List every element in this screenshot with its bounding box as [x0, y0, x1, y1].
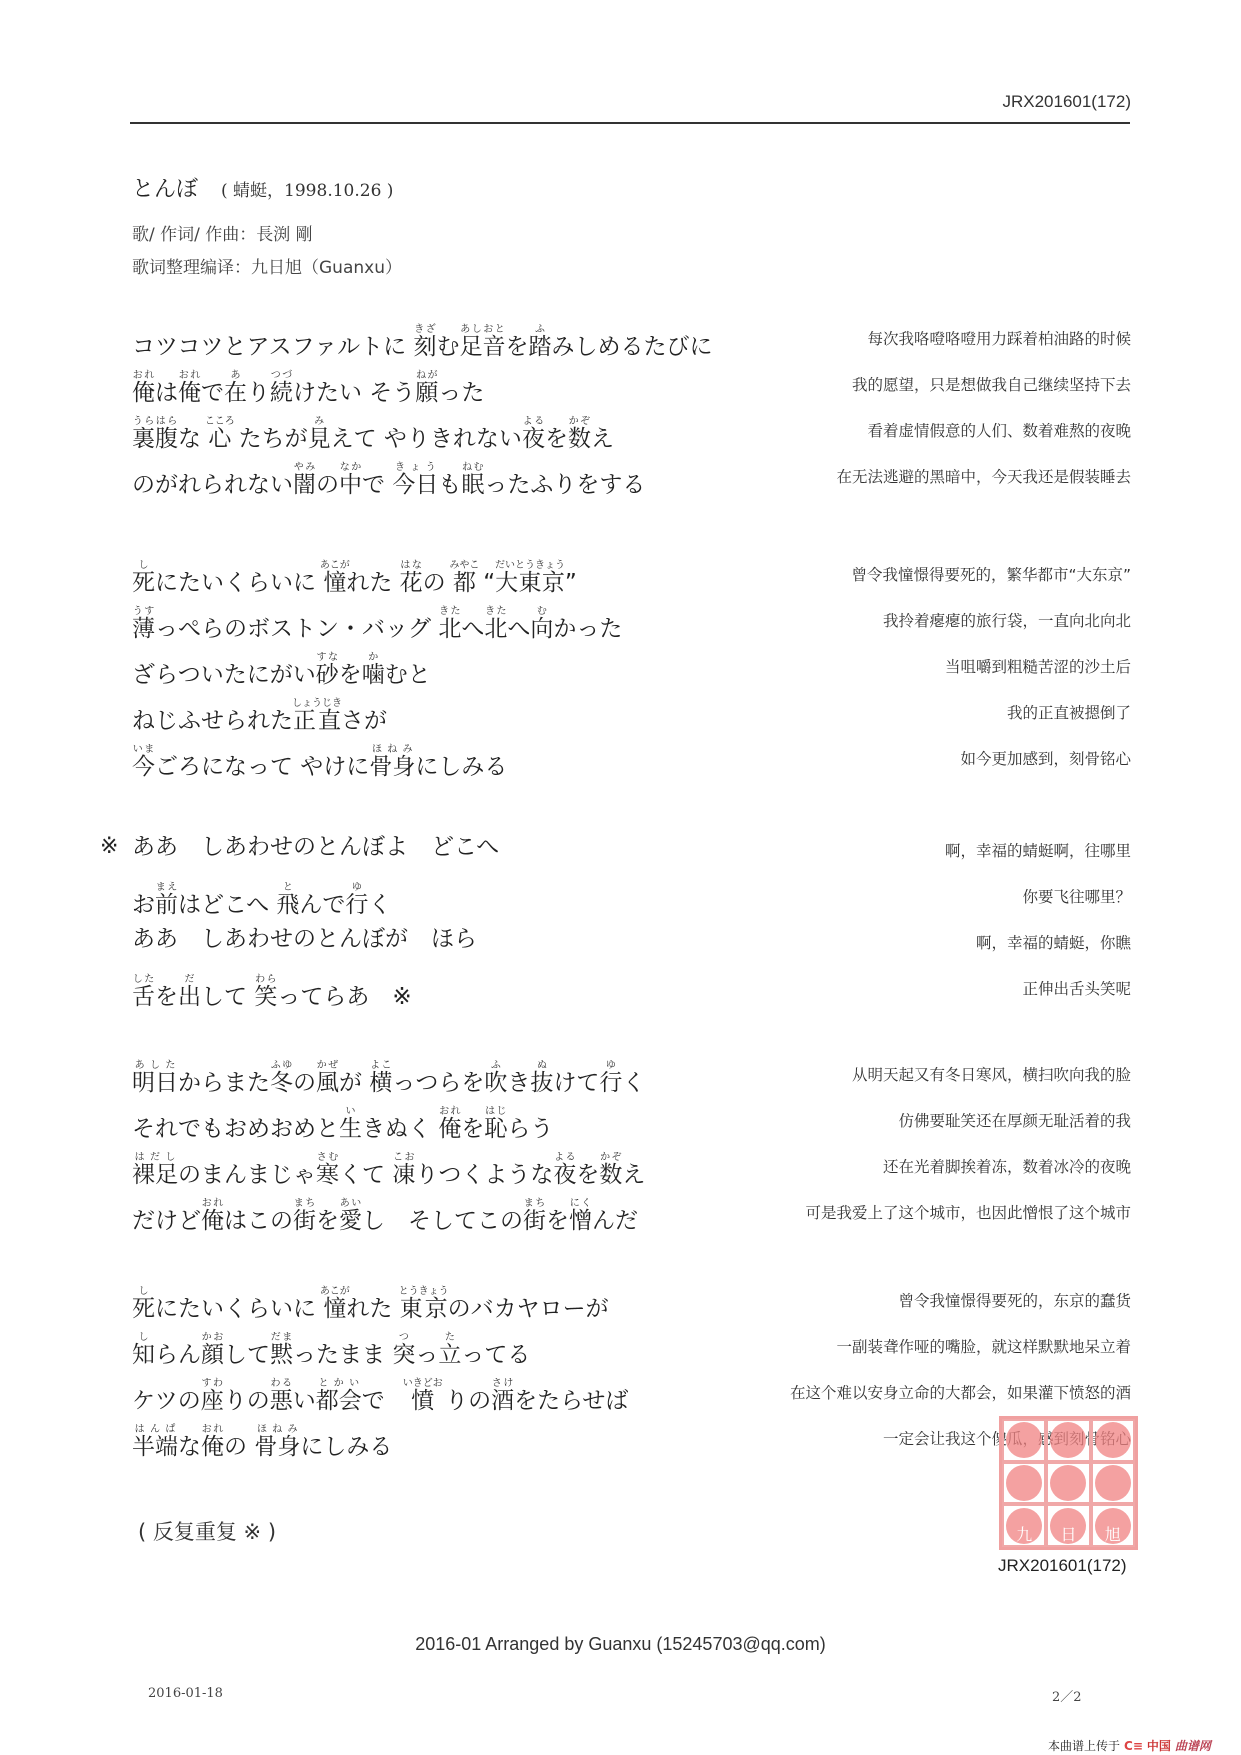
lyric-line-chinese: 当咀嚼到粗糙苦涩的沙土后: [945, 660, 1131, 676]
lyric-line-japanese: のがれられない闇やみの中なかで 今日きょうも眠ねむったふりをする: [132, 462, 645, 497]
repeat-note: ( 反复重复 ※ ): [138, 1516, 276, 1546]
seal-stamp: 九 日 旭: [999, 1416, 1138, 1550]
lyric-line-chinese: 我的正直被摁倒了: [1007, 706, 1131, 722]
lyric-line-chinese: 在无法逃避的黑暗中，今天我还是假装睡去: [836, 470, 1131, 486]
lyric-line-japanese: ああ しあわせのとんぼが ほら: [132, 928, 477, 951]
document-code: JRX201601(172): [1002, 92, 1131, 112]
lyric-line-chinese: 我的愿望，只是想做我自己继续坚持下去: [852, 378, 1131, 394]
arranged-by: 2016-01 Arranged by Guanxu (15245703@qq.…: [0, 1634, 1241, 1655]
stamp-char: 九: [1016, 1522, 1032, 1545]
lyric-line-chinese: 在这个难以安身立命的大都会，如果灌下愤怒的酒: [790, 1386, 1131, 1402]
page-number: 2／2: [1052, 1686, 1082, 1705]
chorus-mark: ※: [100, 836, 118, 858]
lyric-line-chinese: 啊，幸福的蜻蜓啊，往哪里: [945, 844, 1131, 860]
header-rule: [130, 122, 1130, 124]
lyric-line-japanese: 半端はんぱな俺おれの 骨身ほねみにしみる: [132, 1424, 392, 1459]
lyric-line-japanese: 俺おれは俺おれで在あり続つづけたい そう願ねがった: [132, 370, 484, 405]
lyric-line-chinese: 你要飞往哪里？: [1022, 890, 1131, 906]
lyric-line-japanese: コツコツとアスファルトに 刻きざむ足音あしおとを踏ふみしめるたびに: [132, 324, 712, 359]
site-name-b: 曲谱网: [1175, 1737, 1211, 1754]
lyric-line-chinese: 曾令我憧憬得要死的，繁华都市“大东京”: [851, 568, 1131, 584]
lyric-line-chinese: 从明天起又有冬日寒风，横扫吹向我的脸: [852, 1068, 1131, 1084]
lyric-line-japanese: 死しにたいくらいに 憧あこがれた 東京とうきょうのバカヤローが: [132, 1286, 609, 1321]
lyric-line-japanese: 知しらん顔かおして黙だまったまま 突つっ立たってる: [132, 1332, 530, 1367]
credits-line-2: 歌词整理编译：九日旭（Guanxu）: [132, 253, 402, 278]
lyric-line-chinese: 我拎着瘪瘪的旅行袋，一直向北向北: [883, 614, 1131, 630]
lyric-line-japanese: 裸足はだしのまんまじゃ寒さむくて 凍こおりつくような夜よるを数かぞえ: [132, 1152, 645, 1187]
lyric-line-japanese: 舌したを出だして 笑わらってらあ ※: [132, 974, 412, 1009]
title-subtitle: ( 蜻蜓，1998.10.26 ): [221, 181, 393, 201]
lyric-line-japanese: お前まえはどこへ 飛とんで行ゆく: [132, 882, 391, 917]
lyric-line-chinese: 仿佛要耻笑还在厚颜无耻活着的我: [898, 1114, 1131, 1130]
site-name-a: 中国: [1147, 1737, 1171, 1754]
lyric-line-chinese: 如今更加感到，刻骨铭心: [960, 752, 1131, 768]
lyric-line-chinese: 还在光着脚挨着冻，数着冰冷的夜晚: [883, 1160, 1131, 1176]
lyric-line-japanese: ケツの座すわりの悪わるい都会とかいで 憤いきどお りの酒さけをたらせば: [132, 1378, 628, 1413]
upload-credit: 本曲谱上传于 C≡ 中国 曲谱网: [1048, 1737, 1211, 1754]
stamp-code: JRX201601(172): [998, 1556, 1127, 1576]
song-title: とんぼ ( 蜻蜓，1998.10.26 ): [132, 172, 393, 203]
site-logo-icon: C≡: [1124, 1739, 1143, 1753]
lyric-line-japanese: ねじふせられた正直しょうじきさが: [132, 698, 387, 733]
lyric-line-japanese: 裏腹うらはらな 心こころ たちが見みえて やりきれない夜よるを数かぞえ: [132, 416, 614, 451]
lyric-line-japanese: だけど俺おれはこの街まちを愛あいし そしてこの街まちを憎にくんだ: [132, 1198, 638, 1233]
lyric-line-chinese: 一副装聋作哑的嘴脸，就这样默默地呆立着: [836, 1340, 1131, 1356]
lyric-line-japanese: 薄うすっぺらのボストン・バッグ 北きたへ北きたへ向むかった: [132, 606, 622, 641]
lyric-line-chinese: 啊，幸福的蜻蜓，你瞧: [976, 936, 1131, 952]
stamp-char: 旭: [1105, 1522, 1121, 1545]
lyric-line-chinese: 每次我咯噔咯噔用力踩着柏油路的时候: [867, 332, 1131, 348]
stamp-char: 日: [1060, 1522, 1076, 1545]
lyric-line-chinese: 看着虚情假意的人们、数着难熬的夜晚: [867, 424, 1131, 440]
lyric-line-japanese: ああ しあわせのとんぼよ どこへ: [132, 836, 499, 859]
footer-date: 2016-01-18: [148, 1686, 223, 1701]
lyric-line-chinese: 正伸出舌头笑呢: [1022, 982, 1131, 998]
lyric-line-japanese: ざらついたにがい砂すなを噛かむと: [132, 652, 431, 687]
lyric-line-japanese: 明日あしたからまた冬ふゆの風かぜが 横よこっつらを吹ふき抜ぬけて行ゆく: [132, 1060, 645, 1095]
lyric-line-japanese: 今いまごろになって やけに骨身ほねみにしみる: [132, 744, 507, 779]
lyric-line-chinese: 曾令我憧憬得要死的，东京的蠢货: [898, 1294, 1131, 1310]
title-japanese: とんぼ: [132, 177, 198, 202]
lyric-line-japanese: 死しにたいくらいに 憧あこがれた 花はなの 都みやこ “大東京だいとうきょう”: [132, 560, 577, 595]
upload-text: 本曲谱上传于: [1048, 1737, 1120, 1754]
lyric-line-chinese: 可是我爱上了这个城市，也因此憎恨了这个城市: [805, 1206, 1131, 1222]
credits-line-1: 歌/ 作词/ 作曲：長渕 剛: [132, 220, 313, 245]
lyric-line-japanese: それでもおめおめと生いきぬく 俺おれを恥はじらう: [132, 1106, 553, 1141]
